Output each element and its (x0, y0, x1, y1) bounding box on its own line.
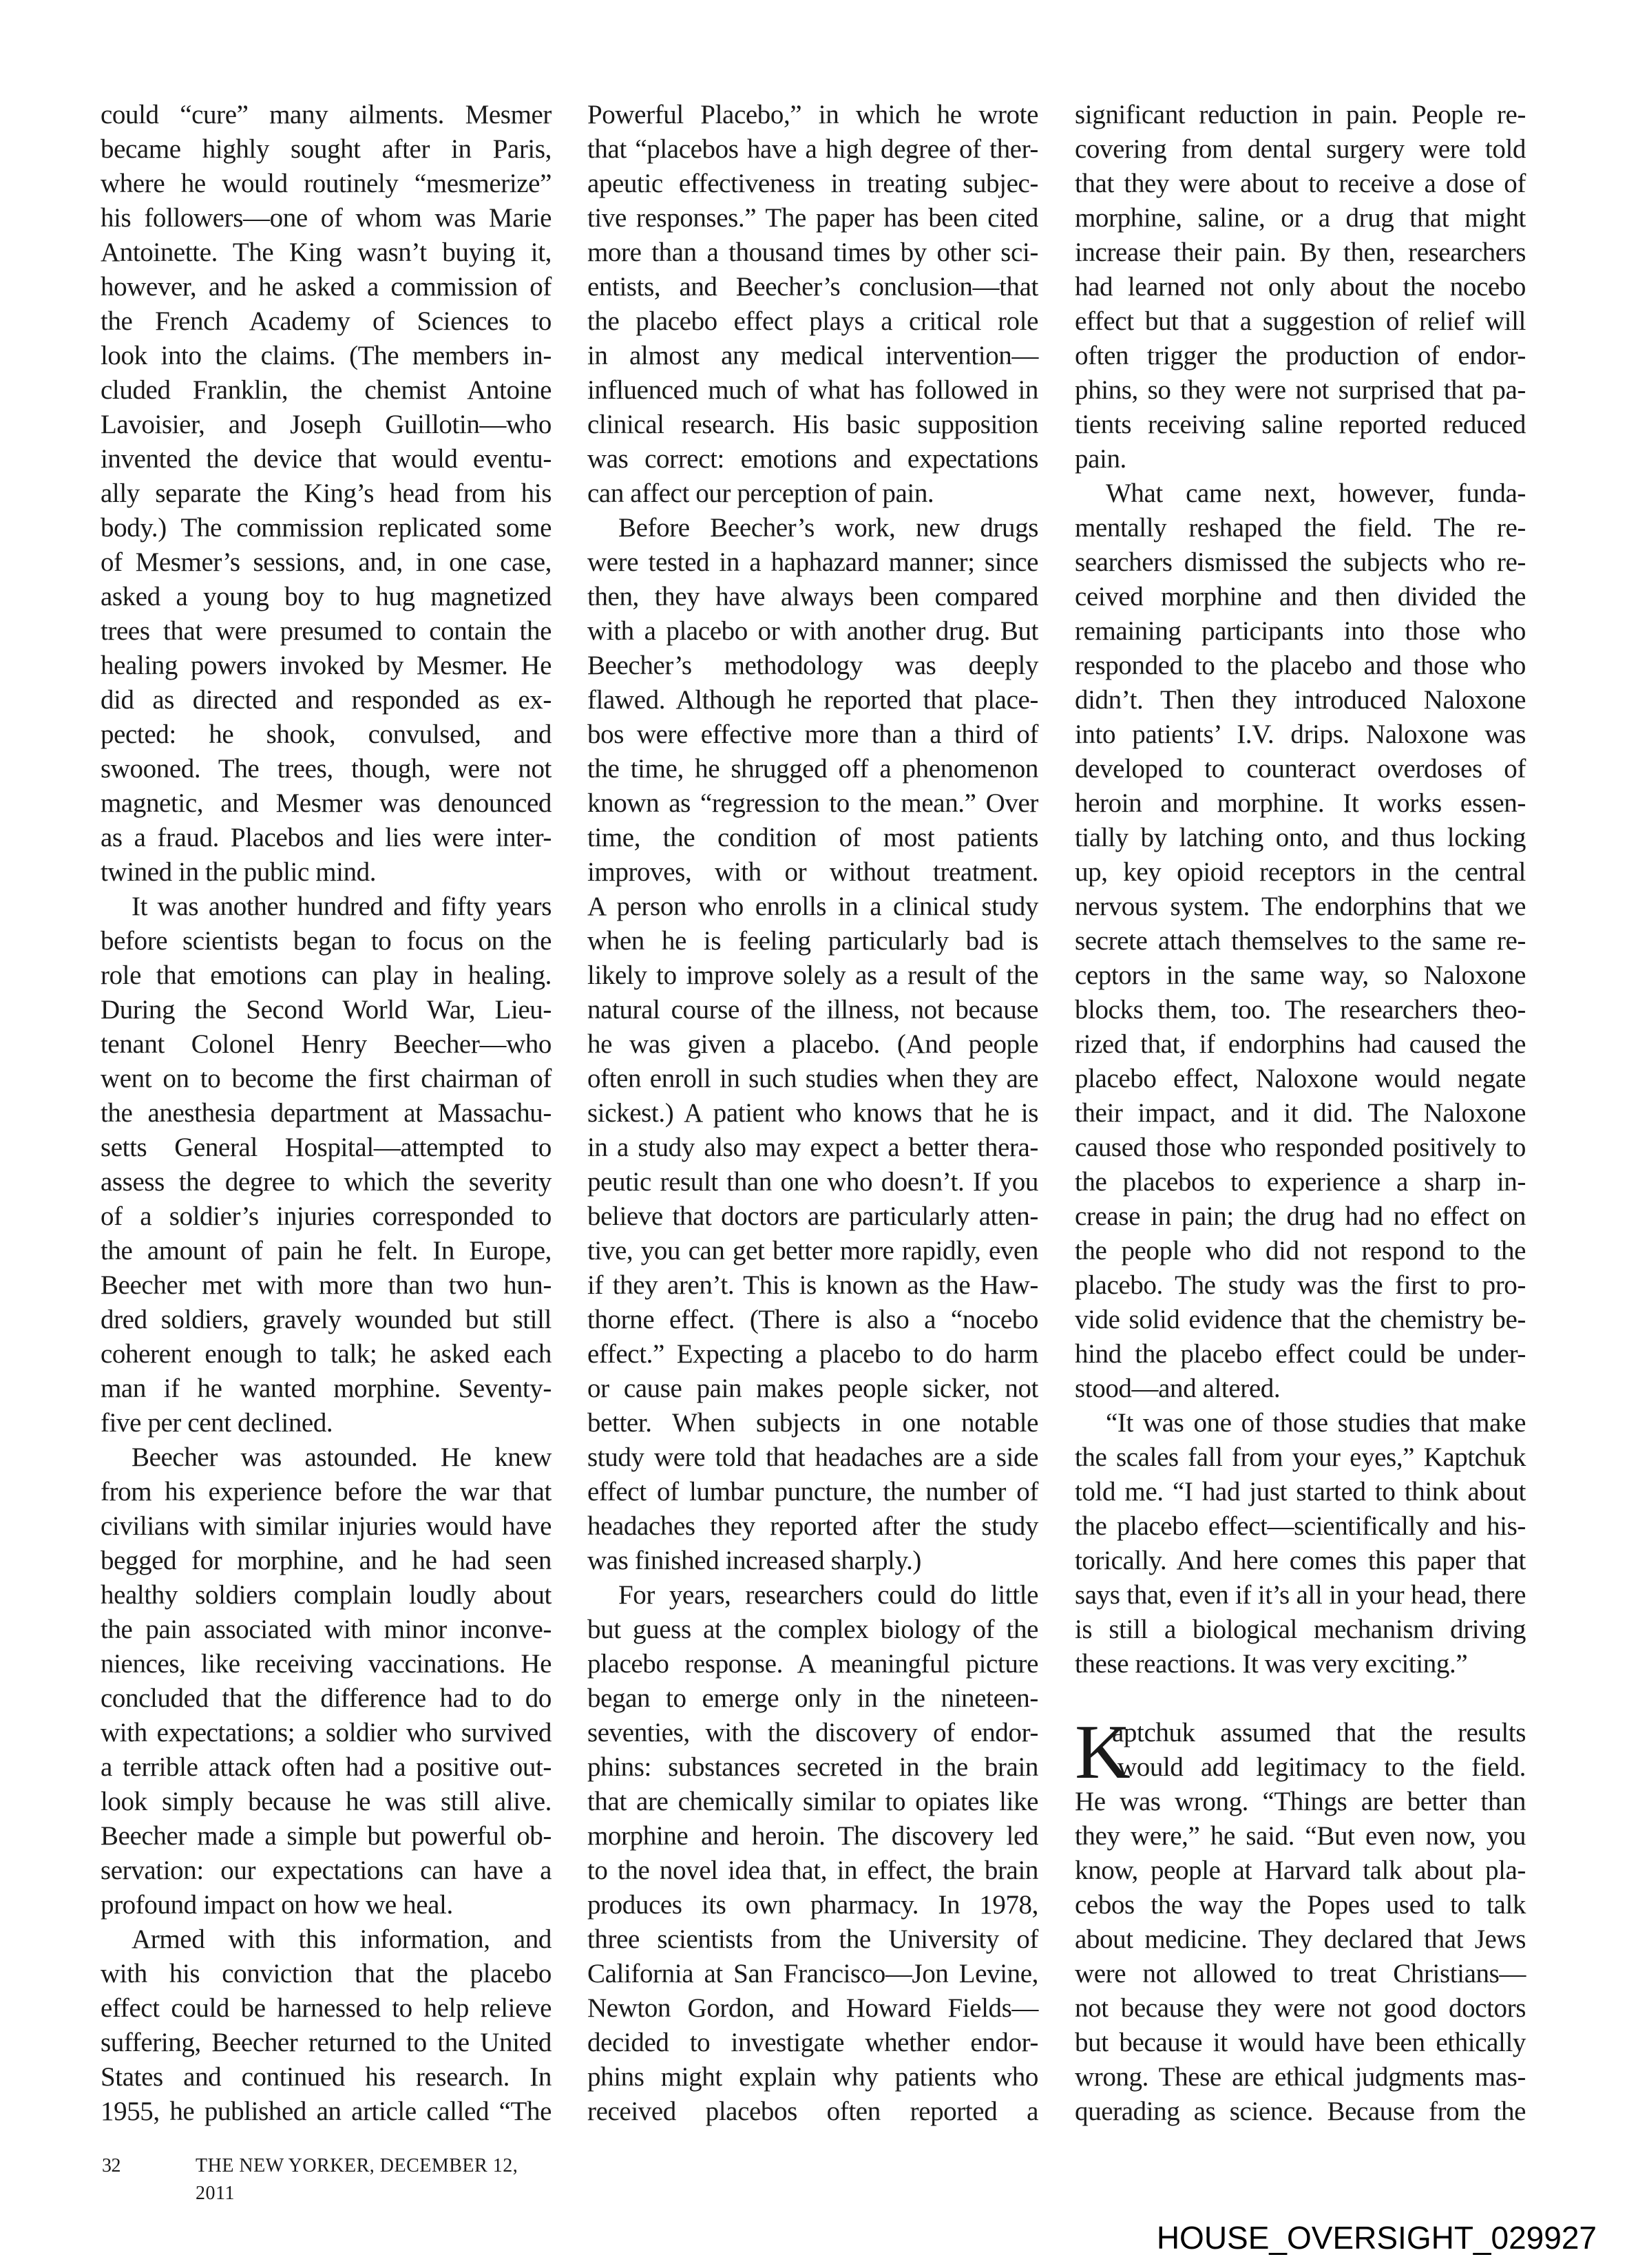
text-line: in almost any medical intervention— (587, 339, 1038, 373)
text-line: assess the degree to which the severity (101, 1165, 552, 1199)
text-line: vide solid evidence that the chemistry b… (1075, 1303, 1526, 1337)
text-line: study were told that headaches are a sid… (587, 1440, 1038, 1475)
text-line: torically. And here comes this paper tha… (1075, 1544, 1526, 1578)
text-line: placebo effect, Naloxone would negate (1075, 1062, 1526, 1096)
text-line: rized that, if endorphins had caused the (1075, 1027, 1526, 1062)
text-line: he was given a placebo. (And people (587, 1027, 1038, 1062)
page-footer: 32 THE NEW YORKER, DECEMBER 12, 2011 (101, 2152, 555, 2180)
drop-cap: K (1075, 1721, 1116, 1783)
text-line: look simply because he was still alive. (101, 1785, 552, 1819)
text-line: produces its own pharmacy. In 1978, (587, 1888, 1038, 1922)
text-line: into patients’ I.V. drips. Naloxone was (1075, 717, 1526, 752)
text-line: before scientists began to focus on the (101, 924, 552, 958)
text-line: then, they have always been compared (587, 580, 1038, 614)
text-line: blocks them, too. The researchers theo- (1075, 993, 1526, 1027)
text-line: their impact, and it did. The Naloxone (1075, 1096, 1526, 1131)
text-line: were not allowed to treat Christians— (1075, 1957, 1526, 1991)
text-line: his followers—one of whom was Marie (101, 201, 552, 235)
text-line: covering from dental surgery were told (1075, 132, 1526, 167)
text-line: niences, like receiving vaccinations. He (101, 1647, 552, 1681)
text-line: did as directed and responded as ex- (101, 683, 552, 717)
text-line: says that, even if it’s all in your head… (1075, 1578, 1526, 1613)
text-line: tive responses.” The paper has been cite… (587, 201, 1038, 235)
text-line: or cause pain makes people sicker, not (587, 1372, 1038, 1406)
publication-masthead: THE NEW YORKER, DECEMBER 12, 2011 (196, 2152, 555, 2207)
page-number: 32 (102, 2152, 120, 2180)
text-line: body.) The commission replicated some (101, 511, 552, 545)
text-line: improves, with or without treatment. (587, 855, 1038, 890)
text-line: influenced much of what has followed in (587, 373, 1038, 408)
magazine-page: could “cure” many ailments. Mesmerbecame… (0, 0, 1627, 2268)
text-line: told me. “I had just started to think ab… (1075, 1475, 1526, 1509)
text-line: often trigger the production of endor- (1075, 339, 1526, 373)
text-column-1: could “cure” many ailments. Mesmerbecame… (101, 0, 552, 2203)
text-line: Lavoisier, and Joseph Guillotin—who (101, 408, 552, 442)
text-line: began to emerge only in the nineteen- (587, 1681, 1038, 1716)
text-line: secrete attach themselves to the same re… (1075, 924, 1526, 958)
text-line: “It was one of those studies that make (1075, 1406, 1526, 1440)
text-line: natural course of the illness, not becau… (587, 993, 1038, 1027)
text-line: A person who enrolls in a clinical study (587, 890, 1038, 924)
text-line: cluded Franklin, the chemist Antoine (101, 373, 552, 408)
text-line: they were,” he said. “But even now, you (1075, 1819, 1526, 1854)
text-line: suffering, Beecher returned to the Unite… (101, 2026, 552, 2060)
text-line: with a placebo or with another drug. But (587, 614, 1038, 649)
text-line: Antoinette. The King wasn’t buying it, (101, 235, 552, 270)
text-line: would add legitimacy to the field. (1117, 1750, 1526, 1785)
text-line: invented the device that would eventu- (101, 442, 552, 476)
text-line: received placebos often reported a (587, 2094, 1038, 2129)
text-line: Beecher met with more than two hun- (101, 1268, 552, 1303)
text-line: crease in pain; the drug had no effect o… (1075, 1199, 1526, 1234)
text-line: effect of lumbar puncture, the number of (587, 1475, 1038, 1509)
text-line: hind the placebo effect could be under- (1075, 1337, 1526, 1372)
text-line: ceived morphine and then divided the (1075, 580, 1526, 614)
text-line: a terrible attack often had a positive o… (101, 1750, 552, 1785)
text-line: where he would routinely “mesmerize” (101, 167, 552, 201)
text-line: morphine and heroin. The discovery led (587, 1819, 1038, 1854)
text-line: in a study also may expect a better ther… (587, 1131, 1038, 1165)
text-line: with his conviction that the placebo (101, 1957, 552, 1991)
text-line: California at San Francisco—Jon Levine, (587, 1957, 1038, 1991)
text-line: however, and he asked a commission of (101, 270, 552, 304)
text-line: Beecher made a simple but powerful ob- (101, 1819, 552, 1854)
text-line: phins might explain why patients who (587, 2060, 1038, 2094)
text-line: the placebo effect plays a critical role (587, 304, 1038, 339)
text-line: entists, and Beecher’s conclusion—that (587, 270, 1038, 304)
text-line: that are chemically similar to opiates l… (587, 1785, 1038, 1819)
text-line: is still a biological mechanism driving (1075, 1613, 1526, 1647)
text-line: the amount of pain he felt. In Europe, (101, 1234, 552, 1268)
text-line: the pain associated with minor inconve- (101, 1613, 552, 1647)
text-line: to the novel idea that, in effect, the b… (587, 1854, 1038, 1888)
text-line: begged for morphine, and he had seen (101, 1544, 552, 1578)
text-line: man if he wanted morphine. Seventy- (101, 1372, 552, 1406)
text-line: Beecher was astounded. He knew (101, 1440, 552, 1475)
text-line: tients receiving saline reported reduced (1075, 408, 1526, 442)
text-line: apeutic effectiveness in treating subjec… (587, 167, 1038, 201)
text-line: setts General Hospital—attempted to (101, 1131, 552, 1165)
text-line: phins: substances secreted in the brain (587, 1750, 1038, 1785)
text-line: Beecher’s methodology was deeply (587, 649, 1038, 683)
text-line: Powerful Placebo,” in which he wrote (587, 98, 1038, 132)
text-line: effect but that a suggestion of relief w… (1075, 304, 1526, 339)
text-line: morphine, saline, or a drug that might (1075, 201, 1526, 235)
text-line: more than a thousand times by other sci- (587, 235, 1038, 270)
text-line: Before Beecher’s work, new drugs (587, 511, 1038, 545)
text-line: with expectations; a soldier who survive… (101, 1716, 552, 1750)
text-line: often enroll in such studies when they a… (587, 1062, 1038, 1096)
text-line: significant reduction in pain. People re… (1075, 98, 1526, 132)
text-line: What came next, however, funda- (1075, 476, 1526, 511)
text-line: trees that were presumed to contain the (101, 614, 552, 649)
text-line: dred soldiers, gravely wounded but still (101, 1303, 552, 1337)
text-line: were tested in a haphazard manner; since (587, 545, 1038, 580)
text-column-2: Powerful Placebo,” in which he wrotethat… (587, 0, 1038, 2203)
text-line: developed to counteract overdoses of (1075, 752, 1526, 786)
text-line: placebo. The study was the first to pro- (1075, 1268, 1526, 1303)
text-line: known as “regression to the mean.” Over (587, 786, 1038, 821)
text-line: likely to improve solely as a result of … (587, 958, 1038, 993)
text-line: seventies, with the discovery of endor- (587, 1716, 1038, 1750)
text-line: pected: he shook, convulsed, and (101, 717, 552, 752)
text-line: had learned not only about the nocebo (1075, 270, 1526, 304)
text-line: He was wrong. “Things are better than (1075, 1785, 1526, 1819)
text-line: decided to investigate whether endor- (587, 2026, 1038, 2060)
text-line: tially by latching onto, and thus lockin… (1075, 821, 1526, 855)
text-line: five per cent declined. (101, 1406, 552, 1440)
text-line: the placebos to experience a sharp in- (1075, 1165, 1526, 1199)
text-line: effect.” Expecting a placebo to do harm (587, 1337, 1038, 1372)
text-line: of a soldier’s injuries corresponded to (101, 1199, 552, 1234)
text-line: about medicine. They declared that Jews (1075, 1922, 1526, 1957)
text-line: Armed with this information, and (101, 1922, 552, 1957)
text-line: servation: our expectations can have a (101, 1854, 552, 1888)
text-line: but because it would have been ethically (1075, 2026, 1526, 2060)
text-line: time, the condition of most patients (587, 821, 1038, 855)
text-line: as a fraud. Placebos and lies were inter… (101, 821, 552, 855)
text-line: that “placebos have a high degree of the… (587, 132, 1038, 167)
text-line: believe that doctors are particularly at… (587, 1199, 1038, 1234)
text-line: twined in the public mind. (101, 855, 552, 890)
text-line: became highly sought after in Paris, (101, 132, 552, 167)
text-line: could “cure” many ailments. Mesmer (101, 98, 552, 132)
text-line: magnetic, and Mesmer was denounced (101, 786, 552, 821)
text-line: cebos the way the Popes used to talk (1075, 1888, 1526, 1922)
text-line: placebo response. A meaningful picture (587, 1647, 1038, 1681)
text-line: Newton Gordon, and Howard Fields— (587, 1991, 1038, 2026)
text-line: three scientists from the University of (587, 1922, 1038, 1957)
text-line: nervous system. The endorphins that we (1075, 890, 1526, 924)
text-line: up, key opioid receptors in the central (1075, 855, 1526, 890)
text-line: effect could be harnessed to help reliev… (101, 1991, 552, 2026)
text-line: querading as science. Because from the (1075, 2094, 1526, 2129)
text-line: was finished increased sharply.) (587, 1544, 1038, 1578)
text-line: went on to become the first chairman of (101, 1062, 552, 1096)
text-line: searchers dismissed the subjects who re- (1075, 545, 1526, 580)
text-line: For years, researchers could do little (587, 1578, 1038, 1613)
text-line: ally separate the King’s head from his (101, 476, 552, 511)
text-line: if they aren’t. This is known as the Haw… (587, 1268, 1038, 1303)
text-line: these reactions. It was very exciting.” (1075, 1647, 1526, 1681)
text-line: peutic result than one who doesn’t. If y… (587, 1165, 1038, 1199)
text-line: concluded that the difference had to do (101, 1681, 552, 1716)
text-line: the people who did not respond to the (1075, 1234, 1526, 1268)
text-line: pain. (1075, 442, 1526, 476)
text-line: It was another hundred and fifty years (101, 890, 552, 924)
text-line: 1955, he published an article called “Th… (101, 2094, 552, 2129)
text-line: States and continued his research. In (101, 2060, 552, 2094)
text-line: headaches they reported after the study (587, 1509, 1038, 1544)
text-line: asked a young boy to hug magnetized (101, 580, 552, 614)
text-line: healthy soldiers complain loudly about (101, 1578, 552, 1613)
text-line: the scales fall from your eyes,” Kaptchu… (1075, 1440, 1526, 1475)
text-line: remaining participants into those who (1075, 614, 1526, 649)
text-line: of Mesmer’s sessions, and, in one case, (101, 545, 552, 580)
text-line: look into the claims. (The members in- (101, 339, 552, 373)
text-line: tive, you can get better more rapidly, e… (587, 1234, 1038, 1268)
text-line: didn’t. Then they introduced Naloxone (1075, 683, 1526, 717)
text-line: ceptors in the same way, so Naloxone (1075, 958, 1526, 993)
text-line: that they were about to receive a dose o… (1075, 167, 1526, 201)
text-line: role that emotions can play in healing. (101, 958, 552, 993)
text-line: can affect our perception of pain. (587, 476, 1038, 511)
text-line: healing powers invoked by Mesmer. He (101, 649, 552, 683)
text-line: was correct: emotions and expectations (587, 442, 1038, 476)
text-line: phins, so they were not surprised that p… (1075, 373, 1526, 408)
text-line: heroin and morphine. It works essen- (1075, 786, 1526, 821)
text-line: the French Academy of Sciences to (101, 304, 552, 339)
text-line: profound impact on how we heal. (101, 1888, 552, 1922)
text-line: better. When subjects in one notable (587, 1406, 1038, 1440)
text-line: bos were effective more than a third of (587, 717, 1038, 752)
text-line: thorne effect. (There is also a “nocebo (587, 1303, 1038, 1337)
text-line: mentally reshaped the field. The re- (1075, 511, 1526, 545)
text-line: sickest.) A patient who knows that he is (587, 1096, 1038, 1131)
bates-stamp: HOUSE_OVERSIGHT_029927 (1157, 2218, 1597, 2257)
text-line: wrong. These are ethical judgments mas- (1075, 2060, 1526, 2094)
text-line: swooned. The trees, though, were not (101, 752, 552, 786)
text-line: the anesthesia department at Massachu- (101, 1096, 552, 1131)
text-line: responded to the placebo and those who (1075, 649, 1526, 683)
text-line: caused those who responded positively to (1075, 1131, 1526, 1165)
text-line: increase their pain. By then, researcher… (1075, 235, 1526, 270)
text-line: coherent enough to talk; he asked each (101, 1337, 552, 1372)
text-column-3: significant reduction in pain. People re… (1075, 0, 1526, 2203)
text-line: tenant Colonel Henry Beecher—who (101, 1027, 552, 1062)
text-line: not because they were not good doctors (1075, 1991, 1526, 2026)
text-line: During the Second World War, Lieu- (101, 993, 552, 1027)
text-line: when he is feeling particularly bad is (587, 924, 1038, 958)
text-line: aptchuk assumed that the results (1112, 1716, 1526, 1750)
text-line: flawed. Although he reported that place- (587, 683, 1038, 717)
text-line: know, people at Harvard talk about pla- (1075, 1854, 1526, 1888)
text-line: clinical research. His basic supposition (587, 408, 1038, 442)
text-line: civilians with similar injuries would ha… (101, 1509, 552, 1544)
text-line: from his experience before the war that (101, 1475, 552, 1509)
text-line: the placebo effect—scientifically and hi… (1075, 1509, 1526, 1544)
text-line: stood—and altered. (1075, 1372, 1526, 1406)
text-line: the time, he shrugged off a phenomenon (587, 752, 1038, 786)
text-line: but guess at the complex biology of the (587, 1613, 1038, 1647)
